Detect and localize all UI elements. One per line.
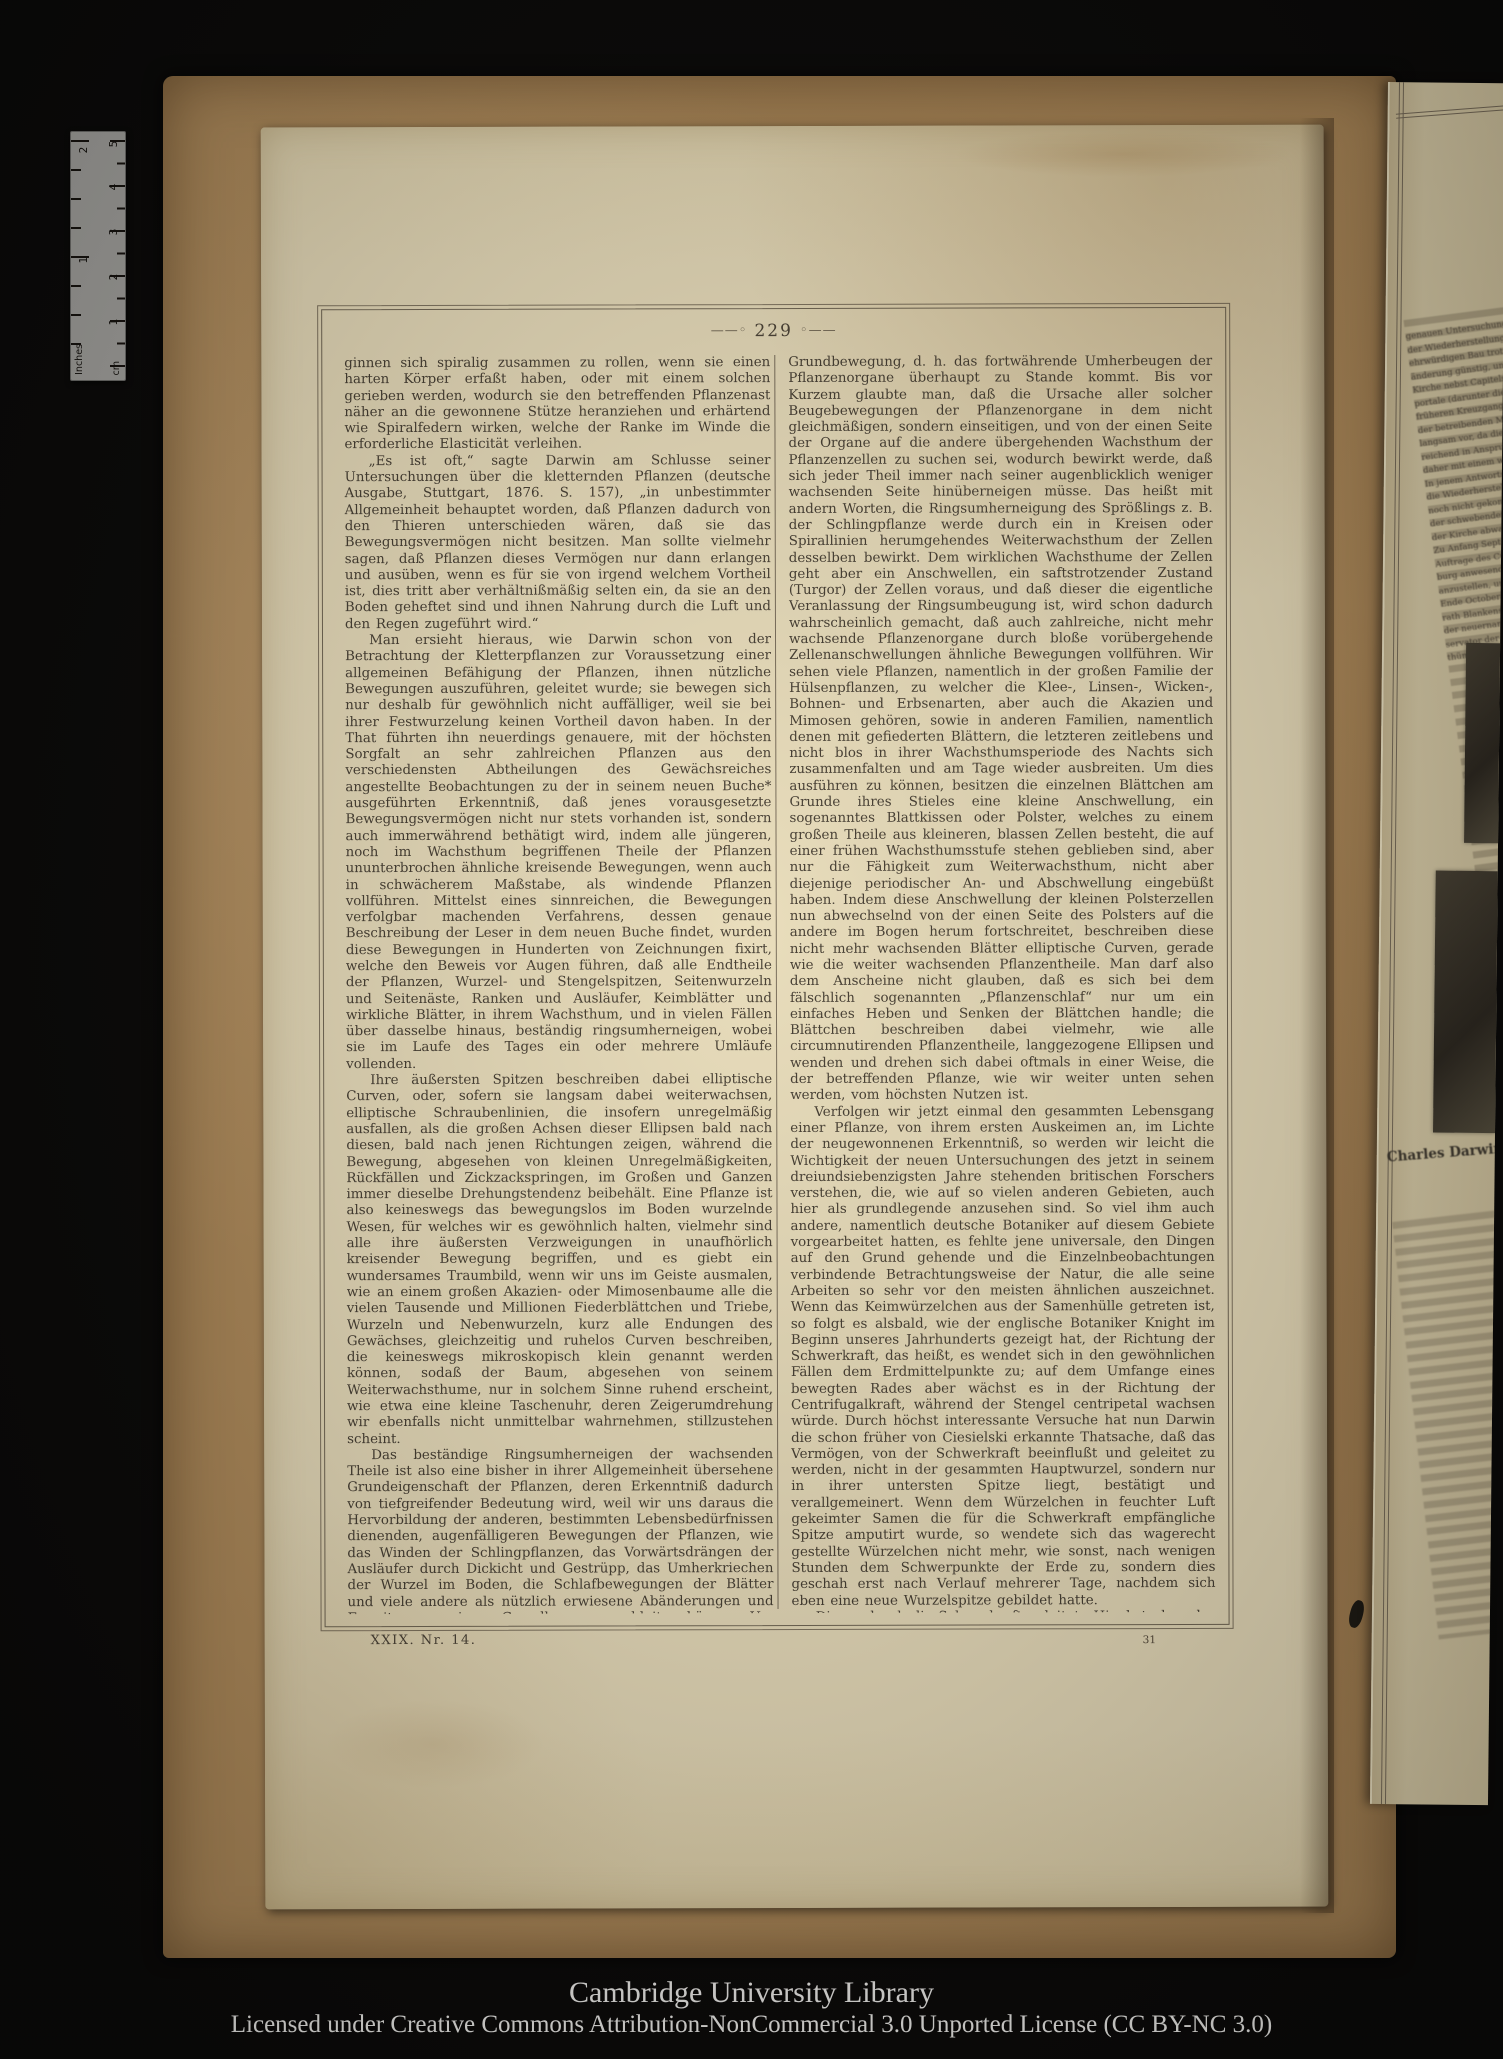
ruler-inch-number: 2 [78,143,90,157]
sliver-engraving [1433,871,1498,1134]
ruler-cm-number: 3 [108,225,120,239]
header-right-ornament: ◦—— [793,323,844,338]
page-number-header: ——◦229◦—— [322,320,1225,342]
paragraph: Dieses durch die Schwerkraft geleitete H… [792,1609,1216,1613]
sliver-text-fragments: genauen Untersuchung zu unter…der Wieder… [1405,310,1503,669]
volume-issue-footer: XXIX. Nr. 14. [371,1633,477,1648]
sliver-top-rule [1396,104,1503,115]
sheet-signature-mark: 31 [1143,1634,1156,1646]
journal-page: ——◦229◦—— ginnen sich spiralig zusammen … [261,125,1329,1910]
license-text: Licensed under Creative Commons Attribut… [0,2010,1503,2040]
photo-caption: Cambridge University Library Licensed un… [0,1976,1503,2040]
ruler-cm-number: 4 [108,180,120,194]
text-column-left: ginnen sich spiralig zusammen zu rollen,… [344,355,773,1614]
header-left-ornament: ——◦ [704,323,755,338]
paper-stain [954,131,1294,178]
ruler-cm-number: 1 [108,315,120,329]
paragraph: Das beständige Ringsumherneigen der wach… [347,1447,773,1614]
sliver-article-heading: Charles Darwin's [1386,1140,1503,1166]
sliver-text-lines [1392,1203,1503,1639]
ruler-cm-label: cm [111,361,122,375]
sliver-engraving [1464,643,1500,843]
next-page-sliver: genauen Untersuchung zu unter…der Wieder… [1370,82,1503,1805]
paragraph: „Es ist oft,“ sagte Darwin am Schlusse s… [345,453,771,633]
ruler-cm-major-ticks [110,140,125,372]
paragraph: Ihre äußersten Spitzen beschreiben dabei… [346,1072,773,1448]
ruler-cm-number: 2 [108,270,120,284]
ruler-inch-number: 1 [78,253,90,267]
ruler-cm-number: 5 [108,137,120,151]
column-divider-rule [774,355,778,1609]
printed-border-frame: ——◦229◦—— ginnen sich spiralig zusammen … [321,307,1229,1627]
left-column-paragraphs: ginnen sich spiralig zusammen zu rollen,… [344,355,773,1614]
right-column-paragraphs: Grundbewegung, d. h. das fortwährende Um… [788,354,1215,1613]
measurement-ruler: 12 12345 Inches cm [70,131,126,381]
paragraph: Grundbewegung, d. h. das fortwährende Um… [788,354,1214,1105]
ruler-inches-label: Inches [74,344,85,375]
paragraph: Verfolgen wir jetzt einmal den gesammten… [790,1104,1215,1610]
paper-stain [325,1699,545,1790]
paragraph: Man ersieht hieraus, wie Darwin schon vo… [345,632,772,1073]
library-name: Cambridge University Library [0,1976,1503,2010]
text-column-right: Grundbewegung, d. h. das fortwährende Um… [788,354,1215,1613]
paragraph: ginnen sich spiralig zusammen zu rollen,… [344,355,770,454]
library-photograph: 230 12 12345 Inches cm ——◦229◦—— ginnen … [0,0,1503,2059]
page-number: 229 [754,321,793,341]
